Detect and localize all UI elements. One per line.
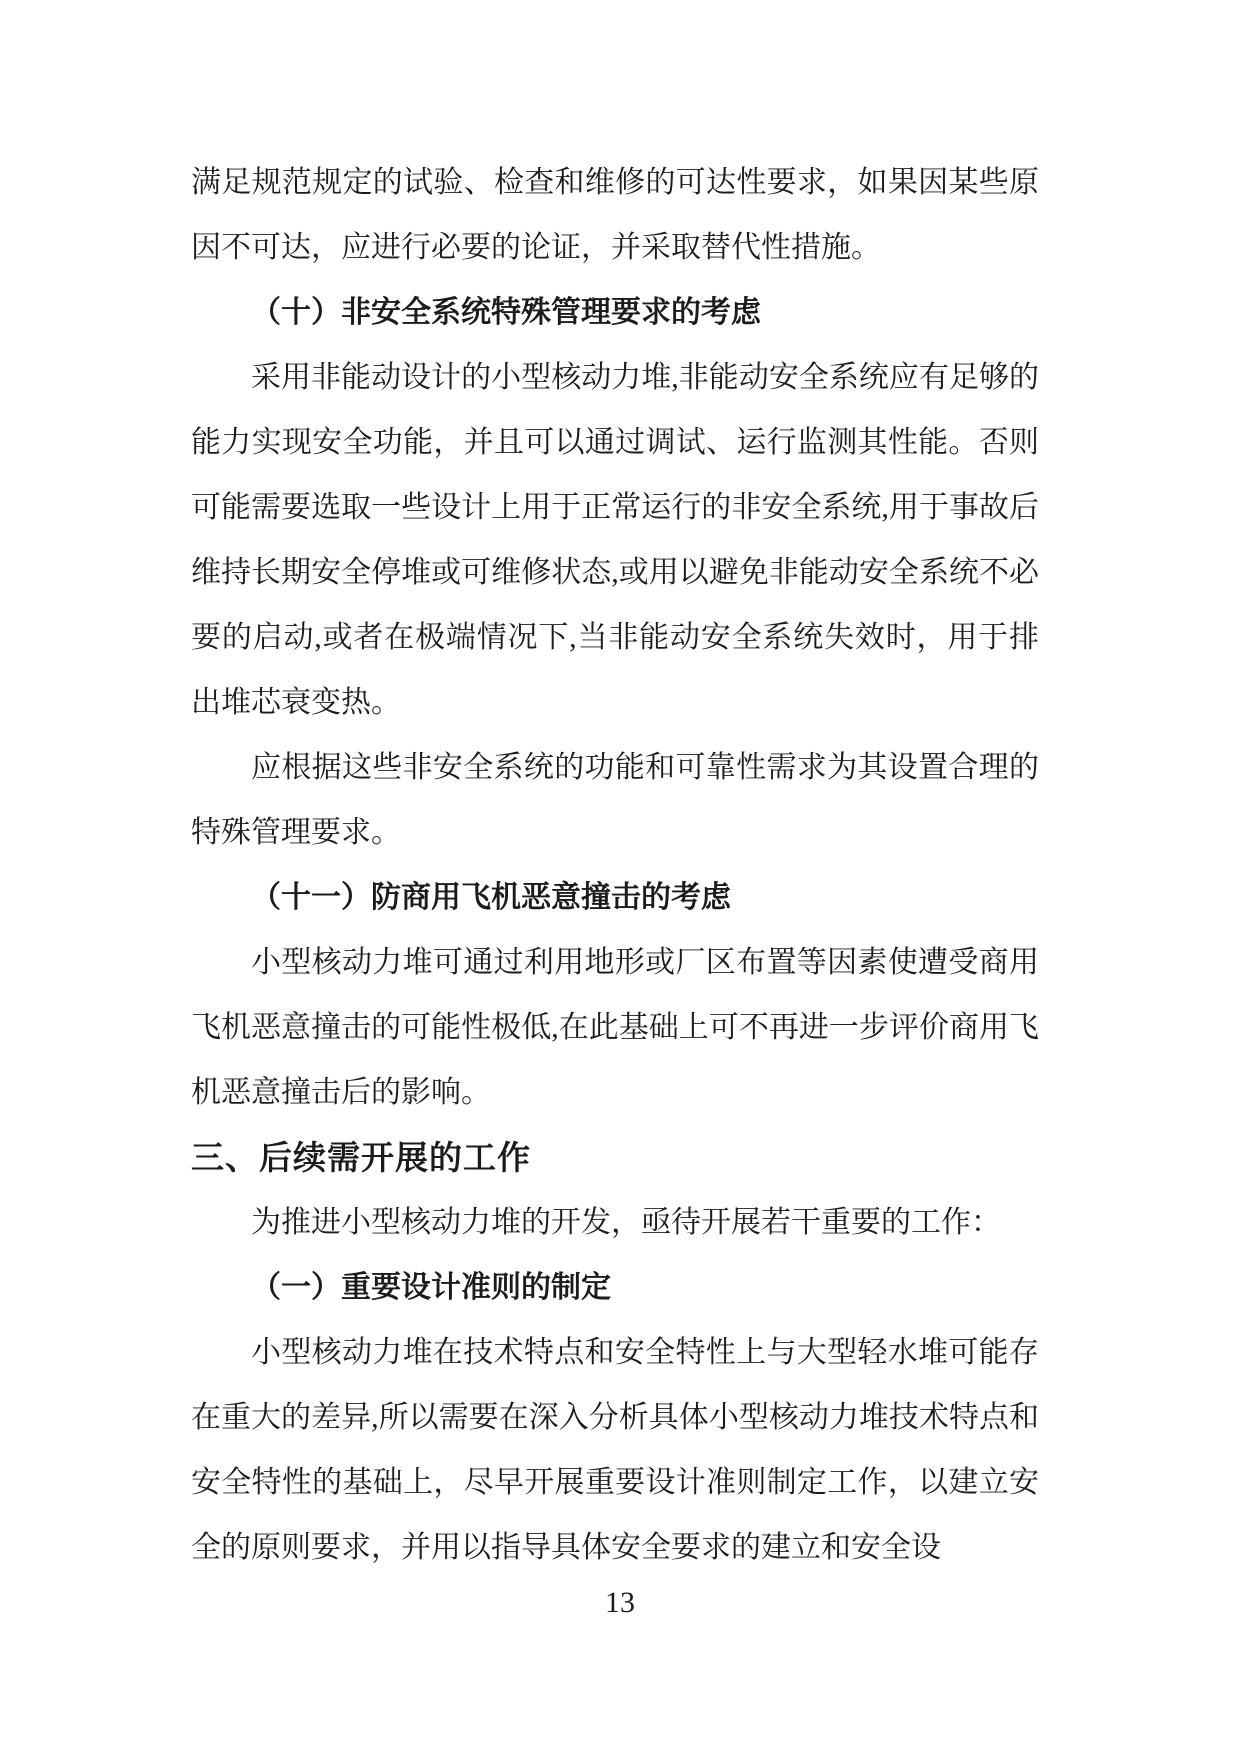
body-paragraph: 小型核动力堆在技术特点和安全特性上与大型轻水堆可能存在重大的差异,所以需要在深入…: [191, 1320, 1039, 1580]
document-page: 满足规范规定的试验、检查和维修的可达性要求，如果因某些原因不可达，应进行必要的论…: [0, 0, 1240, 1753]
section-heading: 三、后续需开展的工作: [191, 1125, 1039, 1190]
body-paragraph: 小型核动力堆可通过利用地形或厂区布置等因素使遭受商用飞机恶意撞击的可能性极低,在…: [191, 930, 1039, 1125]
sub-heading: （一）重要设计准则的制定: [191, 1255, 1039, 1320]
document-content: 满足规范规定的试验、检查和维修的可达性要求，如果因某些原因不可达，应进行必要的论…: [191, 150, 1039, 1580]
sub-heading: （十一）防商用飞机恶意撞击的考虑: [191, 865, 1039, 930]
body-paragraph: 采用非能动设计的小型核动力堆,非能动安全系统应有足够的能力实现安全功能，并且可以…: [191, 345, 1039, 735]
sub-heading: （十）非安全系统特殊管理要求的考虑: [191, 280, 1039, 345]
body-paragraph: 应根据这些非安全系统的功能和可靠性需求为其设置合理的特殊管理要求。: [191, 735, 1039, 865]
body-paragraph: 为推进小型核动力堆的开发，亟待开展若干重要的工作：: [191, 1190, 1039, 1255]
page-number: 13: [605, 1586, 635, 1619]
body-paragraph: 满足规范规定的试验、检查和维修的可达性要求，如果因某些原因不可达，应进行必要的论…: [191, 150, 1039, 280]
page-footer: 13: [0, 1588, 1240, 1618]
